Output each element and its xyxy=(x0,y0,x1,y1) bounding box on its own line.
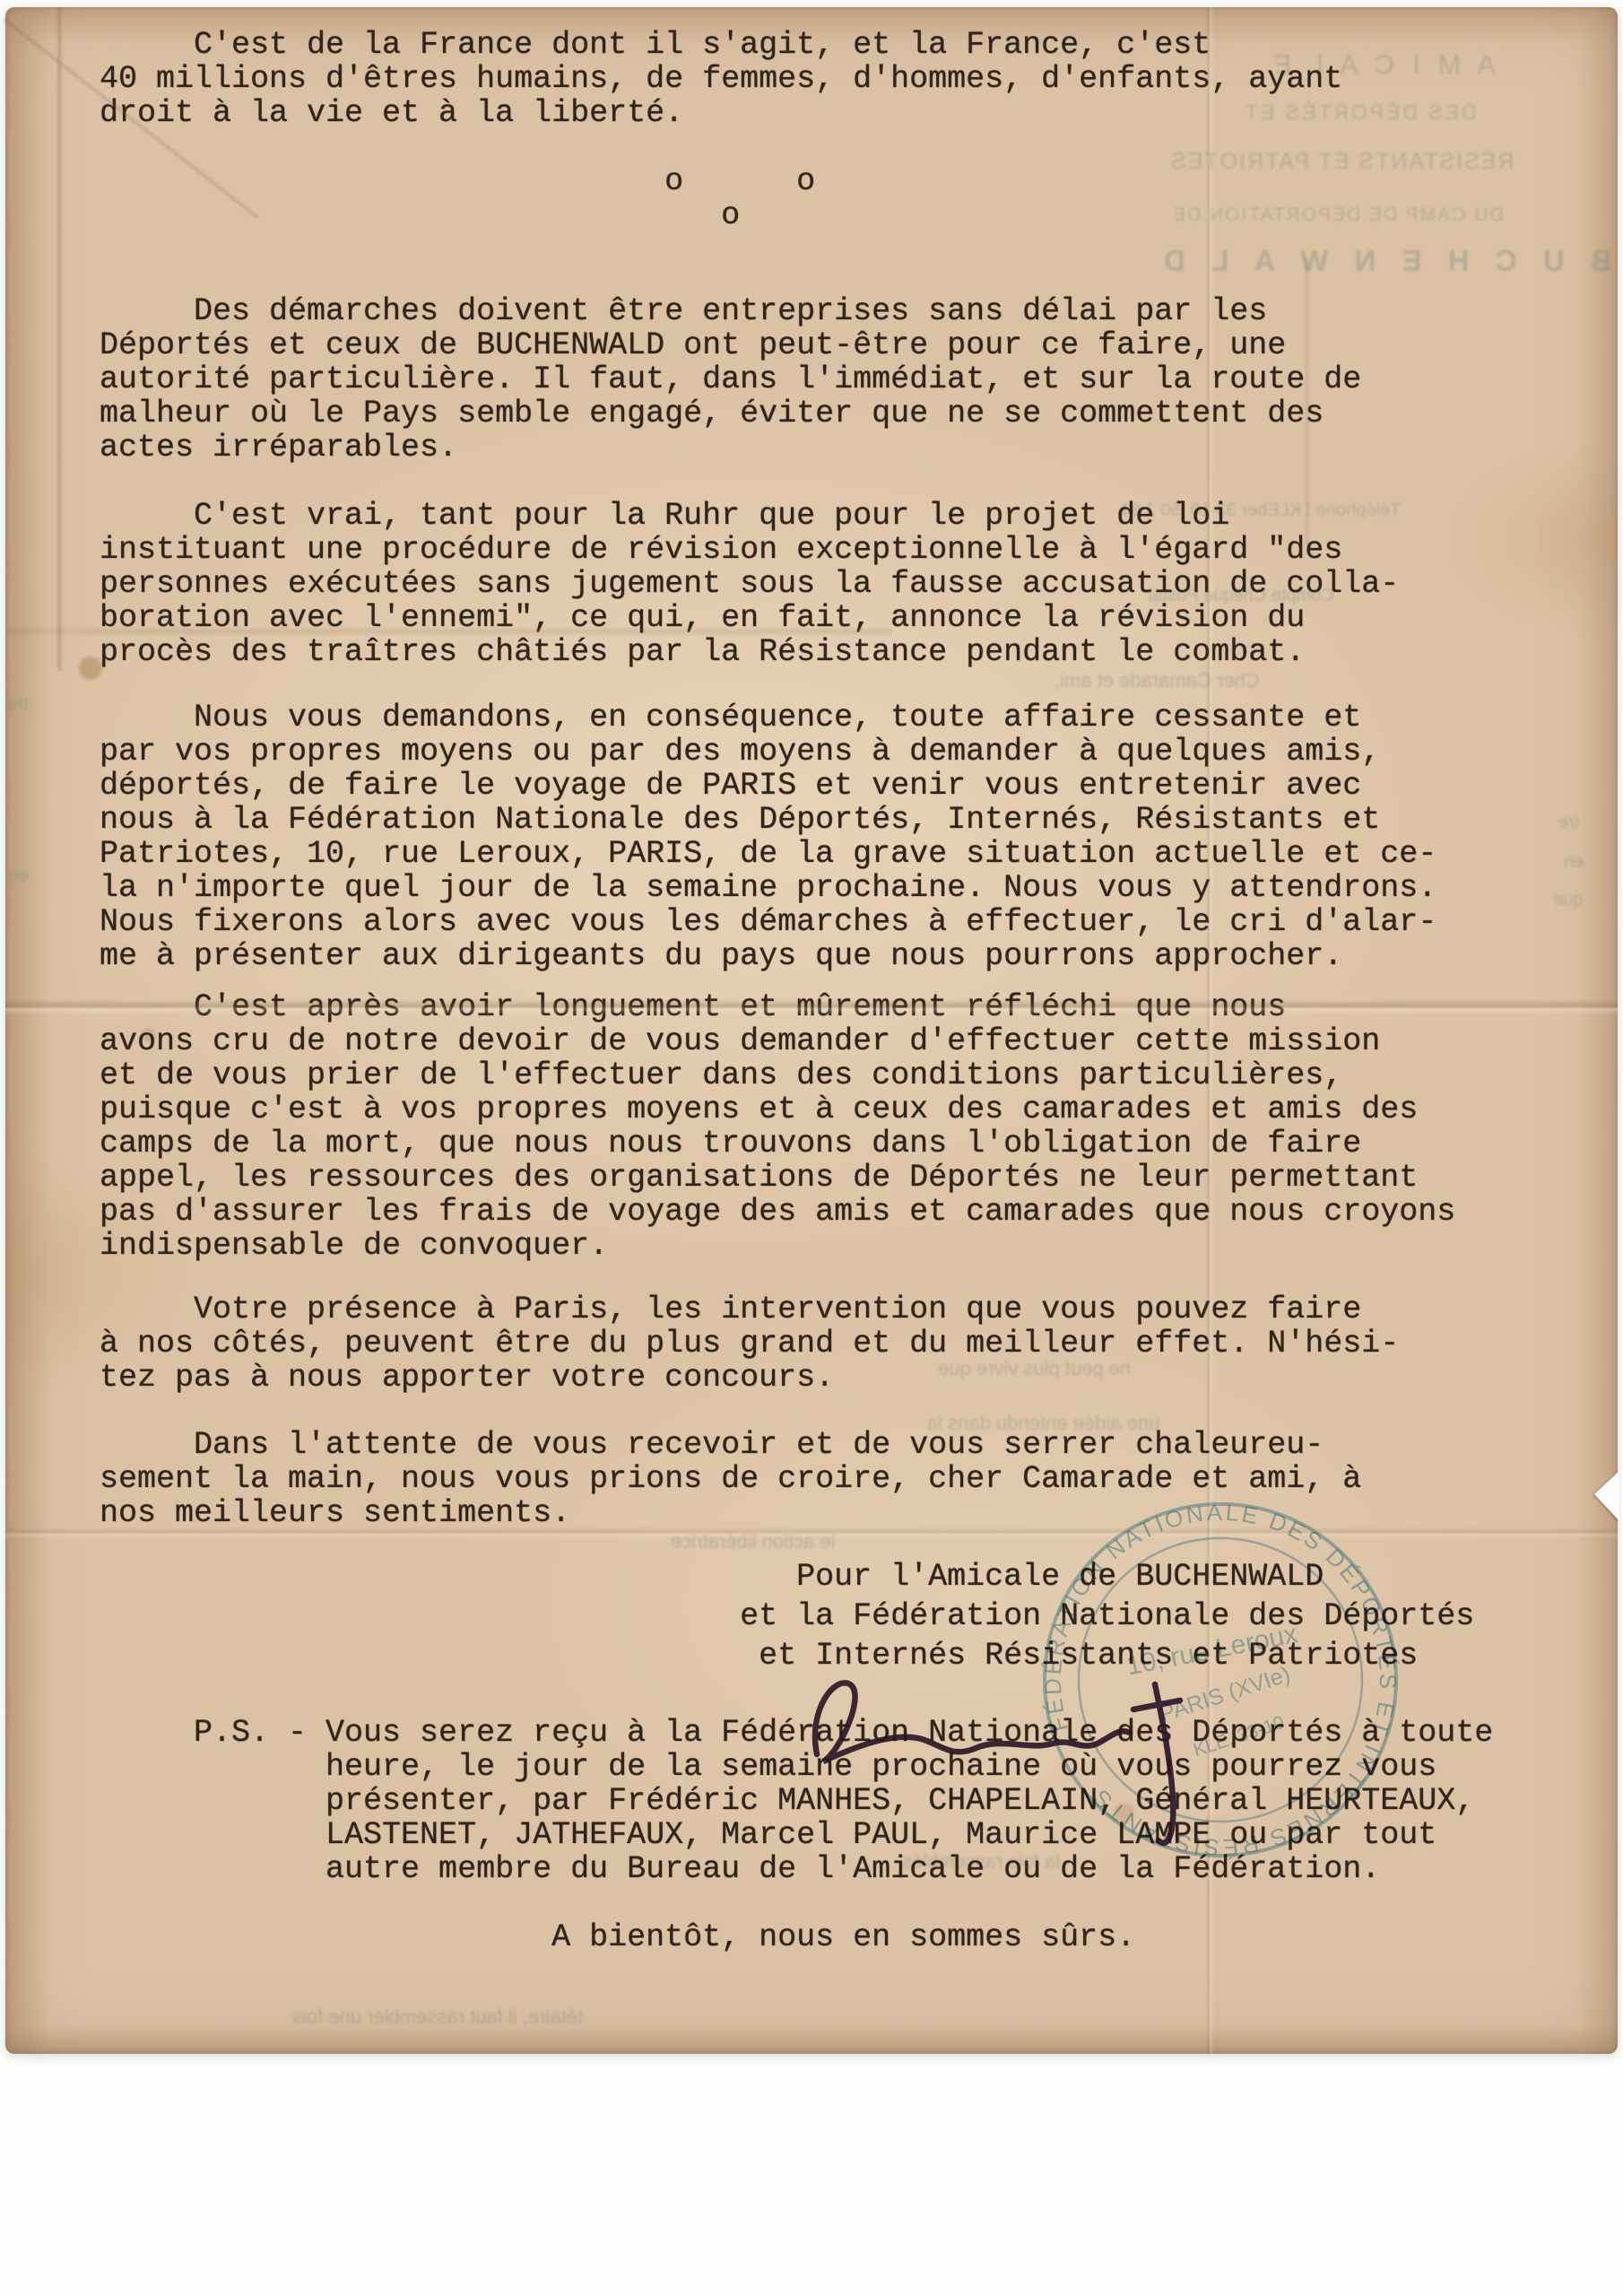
text-line: droit à la vie et à la liberté. xyxy=(100,96,1618,130)
text-line: o xyxy=(100,198,1618,232)
text-line: Nous vous demandons, en conséquence, tou… xyxy=(100,700,1618,735)
text-line: Des démarches doivent être entreprises s… xyxy=(100,294,1618,328)
text-line: personnes exécutées sans jugement sous l… xyxy=(100,567,1618,601)
section-separator: o o o xyxy=(100,164,1618,232)
text-line: autorité particulière. Il faut, dans l'i… xyxy=(100,362,1618,396)
signature-stroke xyxy=(815,1683,1130,1761)
letter-page: A M I C A L EDES DÉPORTÉS ETRÉSISTANTS E… xyxy=(5,7,1618,2054)
text-line: C'est vrai, tant pour la Ruhr que pour l… xyxy=(100,499,1618,533)
text-line: Dans l'attente de vous recevoir et de vo… xyxy=(100,1428,1618,1462)
text-line: Patriotes, 10, rue Leroux, PARIS, de la … xyxy=(100,837,1618,871)
text-line: tez pas à nous apporter votre concours. xyxy=(100,1361,1618,1395)
text-line: déportés, de faire le voyage de PARIS et… xyxy=(100,769,1618,803)
bleedthrough-text: tétaire, il faut rassembler une fois xyxy=(292,2005,583,2029)
paragraph-demande-voyage: Nous vous demandons, en conséquence, tou… xyxy=(100,700,1618,973)
text-line: camps de la mort, que nous nous trouvons… xyxy=(100,1126,1618,1161)
text-line: Déportés et ceux de BUCHENWALD ont peut-… xyxy=(100,328,1618,362)
text-line: actes irréparables. xyxy=(100,430,1618,465)
text-line: A bientôt, nous en sommes sûrs. xyxy=(100,1920,1618,1954)
text-line: o o xyxy=(100,164,1618,198)
text-line: appel, les ressources des organisations … xyxy=(100,1161,1618,1195)
text-line: instituant une procédure de révision exc… xyxy=(100,533,1618,567)
paragraph-mission: C'est après avoir longuement et mûrement… xyxy=(100,990,1618,1263)
text-line: pas d'assurer les frais de voyage des am… xyxy=(100,1195,1618,1229)
vertical-crease xyxy=(56,7,64,671)
paragraph-intro: C'est de la France dont il s'agit, et la… xyxy=(100,28,1618,130)
text-line: procès des traîtres châtiés par la Résis… xyxy=(100,635,1618,669)
horizontal-fold-crease xyxy=(5,999,1618,1015)
text-line: à nos côtés, peuvent être du plus grand … xyxy=(100,1326,1618,1361)
text-line: Nous fixerons alors avec vous les démarc… xyxy=(100,905,1618,939)
horizontal-fold-crease xyxy=(5,626,892,637)
text-line: malheur où le Pays semble engagé, éviter… xyxy=(100,396,1618,430)
text-line: la n'importe quel jour de la semaine pro… xyxy=(100,871,1618,905)
text-line: avons cru de notre devoir de vous demand… xyxy=(100,1024,1618,1058)
text-line: puisque c'est à vos propres moyens et à … xyxy=(100,1092,1618,1126)
closing-line: A bientôt, nous en sommes sûrs. xyxy=(100,1920,1618,1954)
text-line: Votre présence à Paris, les intervention… xyxy=(100,1292,1618,1326)
paragraph-ruhr: C'est vrai, tant pour la Ruhr que pour l… xyxy=(100,499,1618,669)
paragraph-presence-paris: Votre présence à Paris, les intervention… xyxy=(100,1292,1618,1395)
signature-descender xyxy=(1155,1684,1173,1843)
vertical-crease xyxy=(1304,258,1311,545)
paragraph-demarches: Des démarches doivent être entreprises s… xyxy=(100,294,1618,465)
text-line: indispensable de convoquer. xyxy=(100,1229,1618,1263)
text-line: 40 millions d'êtres humains, de femmes, … xyxy=(100,62,1618,96)
torn-edge-notch xyxy=(1594,1471,1619,1521)
text-line: me à présenter aux dirigeants du pays qu… xyxy=(100,939,1618,973)
text-line: C'est de la France dont il s'agit, et la… xyxy=(100,28,1618,62)
text-line: par vos propres moyens ou par des moyens… xyxy=(100,735,1618,769)
handwritten-signature xyxy=(785,1647,1288,1880)
text-line: et de vous prier de l'effectuer dans des… xyxy=(100,1058,1618,1092)
text-line: nous à la Fédération Nationale des Dépor… xyxy=(100,803,1618,837)
